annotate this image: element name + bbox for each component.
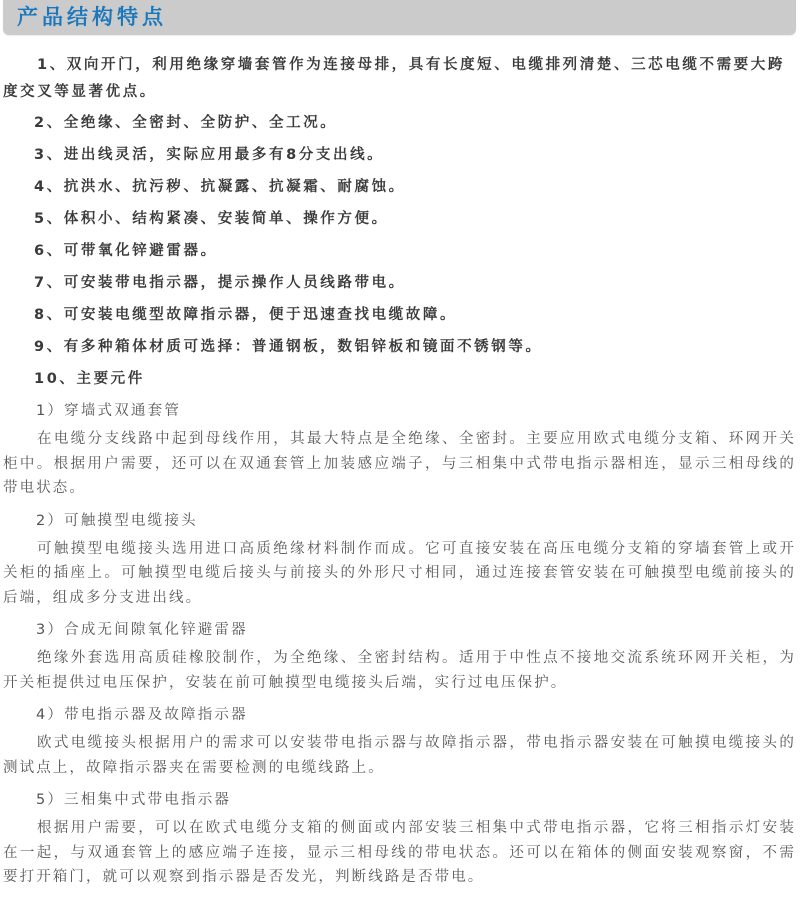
feature-item-4: 4、抗洪水、抗污秽、抗凝露、抗凝霜、耐腐蚀。: [0, 175, 800, 199]
feature-item-1: 1、双向开门，利用绝缘穿墙套管作为连接母排，具有长度短、电缆排列清楚、三芯电缆不…: [0, 52, 800, 106]
feature-item-8: 8、可安装电缆型故障指示器，便于迅速查找电缆故障。: [0, 303, 800, 327]
component-desc-touchable-cable-connector: 可触摸型电缆接头选用进口高质绝缘材料制作而成。它可直接安装在高压电缆分支箱的穿墙…: [0, 537, 800, 611]
section-header-bar: 产品结构特点: [3, 0, 796, 35]
component-desc-surge-arrester: 绝缘外套选用高质硅橡胶制作，为全绝缘、全密封结构。适用于中性点不接地交流系统环网…: [0, 646, 800, 695]
component-desc-wall-bushing: 在电缆分支线路中起到母线作用，其最大特点是全绝缘、全密封。主要应用欧式电缆分支箱…: [0, 427, 800, 501]
component-title-surge-arrester: 3）合成无间隙氧化锌避雷器: [0, 618, 800, 642]
feature-item-3: 3、进出线灵活，实际应用最多有8分支出线。: [0, 143, 800, 167]
component-title-indicators: 4）带电指示器及故障指示器: [0, 703, 800, 727]
component-title-wall-bushing: 1）穿墙式双通套管: [0, 399, 800, 423]
component-desc-indicators: 欧式电缆接头根据用户的需求可以安装带电指示器与故障指示器，带电指示器安装在可触摸…: [0, 731, 800, 780]
feature-item-5: 5、体积小、结构紧凑、安装简单、操作方便。: [0, 207, 800, 231]
document-body: 1、双向开门，利用绝缘穿墙套管作为连接母排，具有长度短、电缆排列清楚、三芯电缆不…: [0, 52, 800, 898]
feature-item-6: 6、可带氧化锌避雷器。: [0, 239, 800, 263]
component-title-touchable-cable-connector: 2）可触摸型电缆接头: [0, 509, 800, 533]
feature-item-9: 9、有多种箱体材质可选择：普通钢板，数铝锌板和镜面不锈钢等。: [0, 335, 800, 359]
feature-item-7: 7、可安装带电指示器，提示操作人员线路带电。: [0, 271, 800, 295]
feature-item-10: 10、主要元件: [0, 367, 800, 391]
component-title-three-phase-indicator: 5）三相集中式带电指示器: [0, 788, 800, 812]
section-title: 产品结构特点: [17, 3, 167, 31]
feature-item-2: 2、全绝缘、全密封、全防护、全工况。: [0, 111, 800, 135]
component-desc-three-phase-indicator: 根据用户需要，可以在欧式电缆分支箱的侧面或内部安装三相集中式带电指示器，它将三相…: [0, 816, 800, 890]
